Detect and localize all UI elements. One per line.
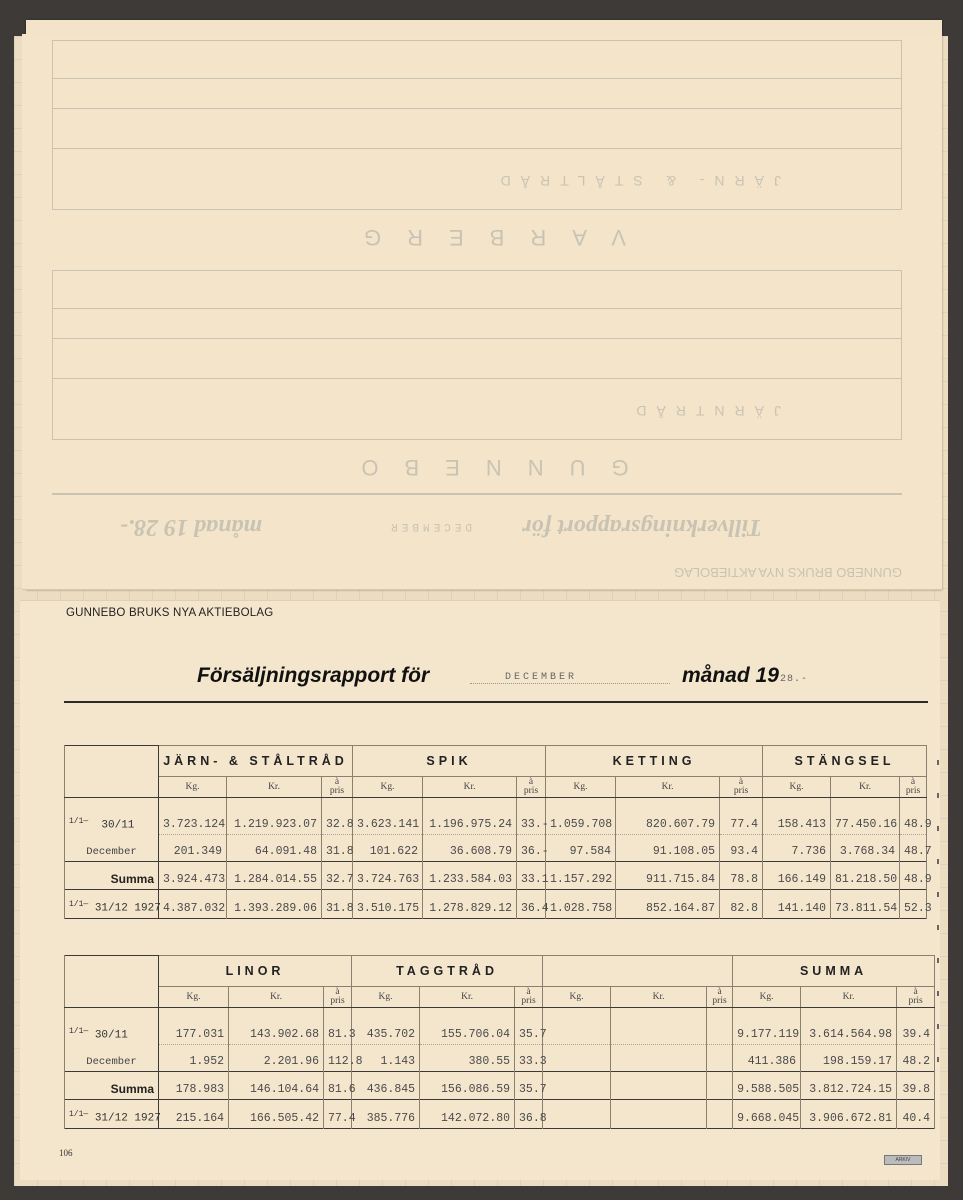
col-kg: Kg. [543, 987, 611, 1008]
col-kr: Kr. [227, 777, 322, 798]
cell: 201.349 [159, 835, 227, 862]
month-fill-line [470, 683, 670, 684]
cell: 1.219.923.07 [227, 798, 322, 835]
cell [611, 1100, 707, 1129]
report-title: Försäljningsrapport för [197, 664, 429, 688]
cell: 9.668.045 [733, 1100, 801, 1129]
cell: 9.588.505 [733, 1072, 801, 1100]
cell: 31.8 [322, 890, 353, 919]
cell: 178.983 [159, 1072, 229, 1100]
cell: 81.3 [324, 1008, 352, 1045]
cell: 33.1 [517, 862, 546, 890]
bleed-through-reverse-side: GUNNEBO BRUKS NYA AKTIEBOLAG Tillverknin… [22, 34, 942, 590]
group-header-ketting: KETTING [546, 746, 763, 777]
cell: 39.8 [897, 1072, 935, 1100]
cell: 435.702 [352, 1008, 420, 1045]
cell: 3.510.175 [353, 890, 423, 919]
ghost-table-2-head: JÄRN- & STÅLTRÅD [491, 173, 781, 189]
cell: 36.608.79 [423, 835, 517, 862]
ghost-title: Tillverkningsrapport för [522, 513, 762, 540]
cell: 1.284.014.55 [227, 862, 322, 890]
cell: 143.902.68 [229, 1008, 324, 1045]
cell [543, 1045, 611, 1072]
cell: 3.623.141 [353, 798, 423, 835]
col-pris: àpris [324, 987, 352, 1008]
cell: 2.201.96 [229, 1045, 324, 1072]
cell: 97.584 [546, 835, 616, 862]
cell: 380.55 [420, 1045, 515, 1072]
cell: 820.607.79 [616, 798, 720, 835]
cell: 1.196.975.24 [423, 798, 517, 835]
cell [707, 1100, 733, 1129]
cell: 35.7 [515, 1072, 543, 1100]
row-label: 1/1— 31/12 1927 [65, 890, 159, 919]
cell: 3.906.672.81 [801, 1100, 897, 1129]
cell: 385.776 [352, 1100, 420, 1129]
col-kg: Kg. [159, 987, 229, 1008]
ghost-table-1: JÄRNTRÅD [52, 270, 902, 440]
col-kr: Kr. [616, 777, 720, 798]
cell: 33.3 [515, 1045, 543, 1072]
row-label: Summa [65, 1072, 159, 1100]
cell: 146.104.64 [229, 1072, 324, 1100]
col-kg: Kg. [159, 777, 227, 798]
cell: 64.091.48 [227, 835, 322, 862]
cell: 852.164.87 [616, 890, 720, 919]
cell: 81.218.50 [831, 862, 900, 890]
cell [707, 1045, 733, 1072]
cell: 7.736 [763, 835, 831, 862]
group-header-summa: SUMMA [733, 956, 935, 987]
col-kg: Kg. [763, 777, 831, 798]
cell: 33.- [517, 798, 546, 835]
cell: 35.7 [515, 1008, 543, 1045]
page-number: 106 [59, 1148, 73, 1158]
cell: 158.413 [763, 798, 831, 835]
row-label: Summa [65, 862, 159, 890]
col-pris: àpris [707, 987, 733, 1008]
cell: 32.8 [322, 798, 353, 835]
archive-stamp: ARKIV [884, 1155, 922, 1165]
company-name: GUNNEBO BRUKS NYA AKTIEBOLAG [66, 607, 273, 619]
year-label: månad 19 [682, 664, 779, 688]
cell: 1.059.708 [546, 798, 616, 835]
cell: 3.724.763 [353, 862, 423, 890]
cell: 73.811.54 [831, 890, 900, 919]
cell: 1.233.584.03 [423, 862, 517, 890]
cell: 215.164 [159, 1100, 229, 1129]
col-pris: àpris [900, 777, 927, 798]
col-kr: Kr. [611, 987, 707, 1008]
cell: 52.3 [900, 890, 927, 919]
cell [707, 1072, 733, 1100]
cell [543, 1008, 611, 1045]
cell: 3.812.724.15 [801, 1072, 897, 1100]
group-header-jarn-staltrad: JÄRN- & STÅLTRÅD [159, 746, 353, 777]
cell: 48.7 [900, 835, 927, 862]
cell: 32.7 [322, 862, 353, 890]
col-pris: àpris [897, 987, 935, 1008]
col-kg: Kg. [352, 987, 420, 1008]
cell: 141.140 [763, 890, 831, 919]
group-header-spik: SPIK [353, 746, 546, 777]
cell: 436.845 [352, 1072, 420, 1100]
cell: 101.622 [353, 835, 423, 862]
cell: 82.8 [720, 890, 763, 919]
table-row: 1/1— 30/11 177.031 143.902.68 81.3 435.7… [65, 1008, 935, 1045]
col-kr: Kr. [423, 777, 517, 798]
ghost-table-1-head: JÄRNTRÅD [626, 403, 781, 419]
cell: 177.031 [159, 1008, 229, 1045]
ghost-rule [52, 493, 902, 495]
cell: 155.706.04 [420, 1008, 515, 1045]
cell: 198.159.17 [801, 1045, 897, 1072]
cell: 36.8 [515, 1100, 543, 1129]
table-row-previous-year: 1/1— 31/12 1927 215.164 166.505.42 77.4 … [65, 1100, 935, 1129]
cell: 142.072.80 [420, 1100, 515, 1129]
cell: 48.9 [900, 862, 927, 890]
ghost-table-2: JÄRN- & STÅLTRÅD [52, 40, 902, 210]
cell: 36.4 [517, 890, 546, 919]
cell: 911.715.84 [616, 862, 720, 890]
cell: 166.505.42 [229, 1100, 324, 1129]
edge-binding-marks [937, 760, 940, 1160]
col-kr: Kr. [420, 987, 515, 1008]
table-row: December 1.952 2.201.96 112.8 1.143 380.… [65, 1045, 935, 1072]
cell: 1.393.289.06 [227, 890, 322, 919]
sales-table-2: LINOR TAGGTRÅD SUMMA Kg. Kr. àpris Kg. K… [64, 955, 935, 1129]
row-label: 1/1— 30/11 [65, 798, 159, 835]
ghost-year: månad 19 28.- [120, 513, 262, 540]
ghost-month: DECEMBER [387, 520, 472, 532]
col-pris: àpris [720, 777, 763, 798]
cell: 156.086.59 [420, 1072, 515, 1100]
table-row-summa: Summa 3.924.473 1.284.014.55 32.7 3.724.… [65, 862, 927, 890]
cell: 166.149 [763, 862, 831, 890]
group-header-stangsel: STÄNGSEL [763, 746, 927, 777]
cell: 93.4 [720, 835, 763, 862]
title-rule [64, 701, 928, 703]
col-kg: Kg. [546, 777, 616, 798]
group-header-linor: LINOR [159, 956, 352, 987]
cell: 31.8 [322, 835, 353, 862]
report-year: 28.- [780, 674, 808, 685]
label-column-header [65, 956, 159, 1008]
cell [543, 1072, 611, 1100]
cell [611, 1045, 707, 1072]
table-row-summa: Summa 178.983 146.104.64 81.6 436.845 15… [65, 1072, 935, 1100]
cell: 81.6 [324, 1072, 352, 1100]
ghost-company: GUNNEBO BRUKS NYA AKTIEBOLAG [674, 565, 902, 580]
cell: 1.952 [159, 1045, 229, 1072]
row-label: 1/1— 30/11 [65, 1008, 159, 1045]
cell: 9.177.119 [733, 1008, 801, 1045]
group-header-taggtrad: TAGGTRÅD [352, 956, 543, 987]
col-pris: àpris [517, 777, 546, 798]
cell: 3.614.564.98 [801, 1008, 897, 1045]
cell: 91.108.05 [616, 835, 720, 862]
row-label: 1/1— 31/12 1927 [65, 1100, 159, 1129]
cell: 77.4 [324, 1100, 352, 1129]
cell: 39.4 [897, 1008, 935, 1045]
col-kr: Kr. [229, 987, 324, 1008]
cell: 3.924.473 [159, 862, 227, 890]
cell [611, 1072, 707, 1100]
group-header-blank [543, 956, 733, 987]
cell: 112.8 [324, 1045, 352, 1072]
cell: 78.8 [720, 862, 763, 890]
col-pris: àpris [515, 987, 543, 1008]
cell: 3.723.124 [159, 798, 227, 835]
report-month: DECEMBER [505, 672, 577, 683]
cell: 48.2 [897, 1045, 935, 1072]
label-column-header [65, 746, 159, 798]
ghost-section-varberg: VARBERG [22, 224, 942, 250]
col-kg: Kg. [733, 987, 801, 1008]
cell [611, 1008, 707, 1045]
col-kr: Kr. [801, 987, 897, 1008]
table-row-previous-year: 1/1— 31/12 1927 4.387.032 1.393.289.06 3… [65, 890, 927, 919]
row-label: December [65, 1045, 159, 1072]
col-kr: Kr. [831, 777, 900, 798]
cell: 77.4 [720, 798, 763, 835]
cell [707, 1008, 733, 1045]
cell: 48.9 [900, 798, 927, 835]
col-pris: àpris [322, 777, 353, 798]
cell: 411.386 [733, 1045, 801, 1072]
cell: 1.157.292 [546, 862, 616, 890]
cell: 77.450.16 [831, 798, 900, 835]
row-label: December [65, 835, 159, 862]
col-kg: Kg. [353, 777, 423, 798]
table-row: 1/1— 30/11 3.723.124 1.219.923.07 32.8 3… [65, 798, 927, 835]
cell: 4.387.032 [159, 890, 227, 919]
table-row: December 201.349 64.091.48 31.8 101.622 … [65, 835, 927, 862]
cell: 3.768.34 [831, 835, 900, 862]
ghost-section-gunnebo: GUNNEBO [22, 454, 942, 480]
cell: 1.028.758 [546, 890, 616, 919]
cell: 40.4 [897, 1100, 935, 1129]
cell [543, 1100, 611, 1129]
sales-table-1: JÄRN- & STÅLTRÅD SPIK KETTING STÄNGSEL K… [64, 745, 927, 919]
cell: 36.- [517, 835, 546, 862]
cell: 1.278.829.12 [423, 890, 517, 919]
